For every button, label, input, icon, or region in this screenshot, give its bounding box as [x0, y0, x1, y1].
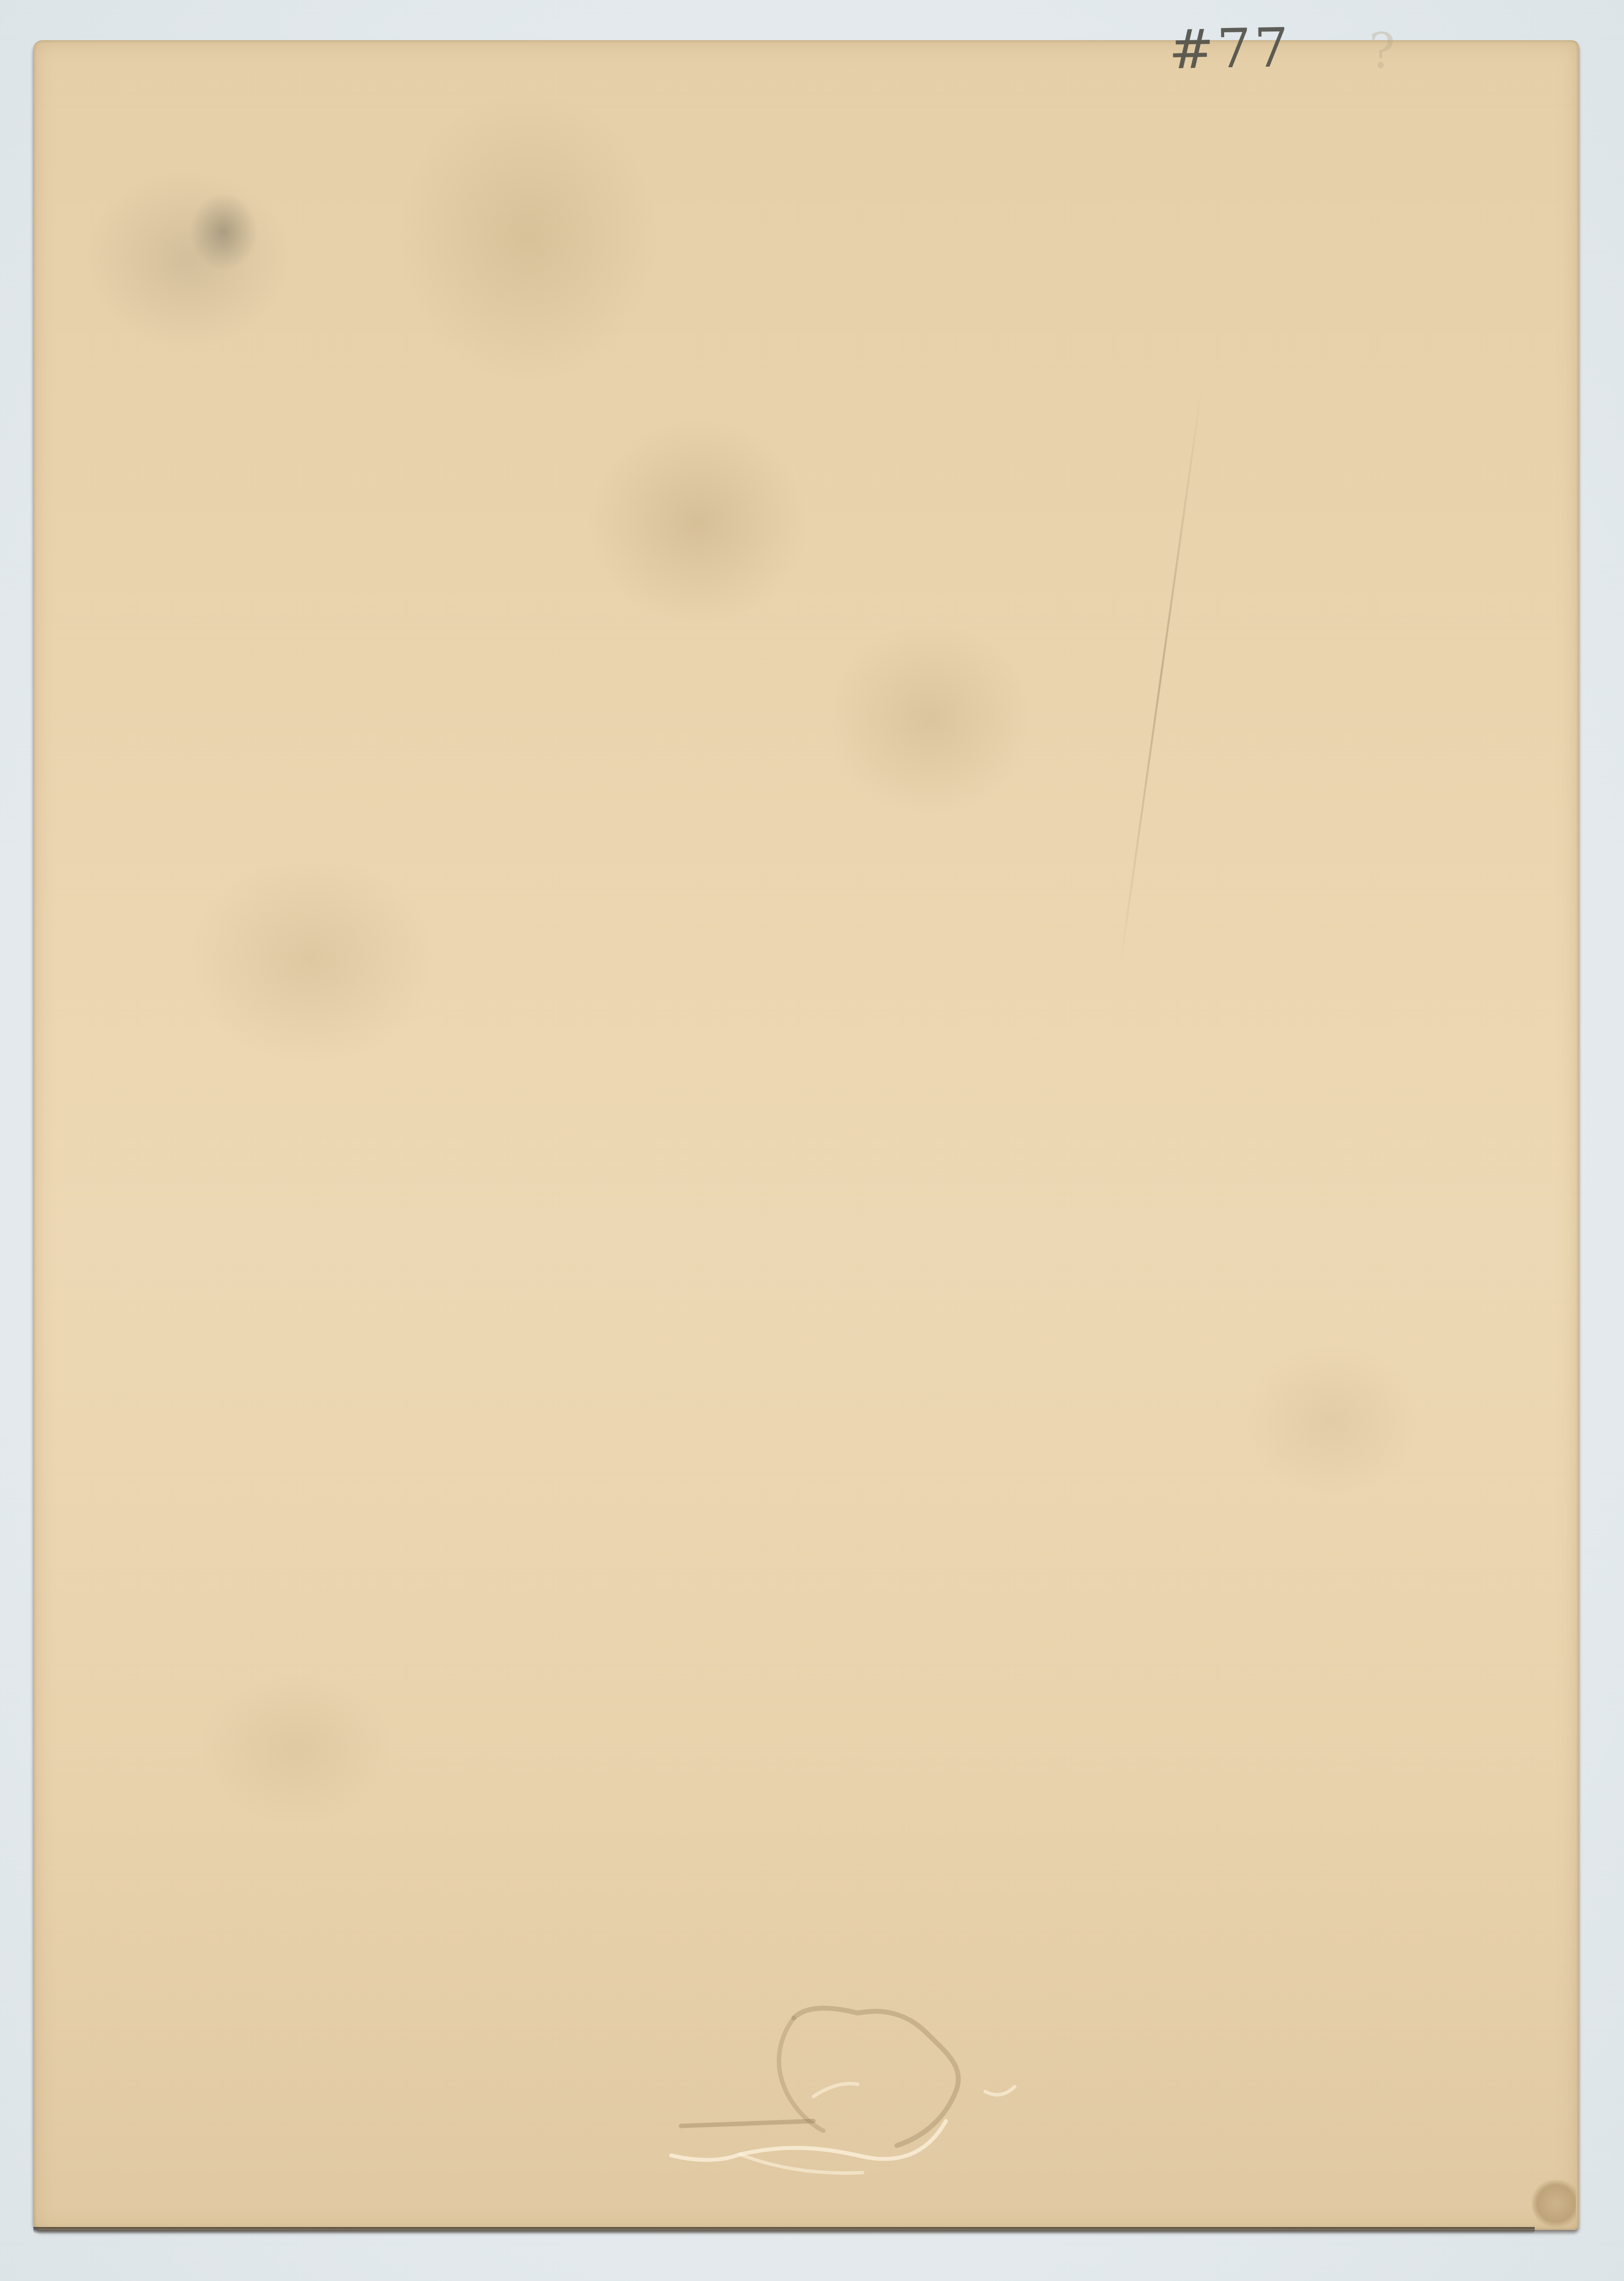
embossed-stamp-icon	[652, 1998, 1034, 2185]
card-bottom-shadow	[33, 2227, 1535, 2234]
pencil-smudge	[189, 192, 258, 271]
damaged-corner	[1532, 2180, 1576, 2227]
erased-pencil-mark: ?	[1369, 22, 1395, 80]
cabinet-card-back	[33, 40, 1579, 2230]
handwritten-catalog-number: #77	[1168, 16, 1292, 81]
surface-scratch	[1119, 384, 1203, 967]
